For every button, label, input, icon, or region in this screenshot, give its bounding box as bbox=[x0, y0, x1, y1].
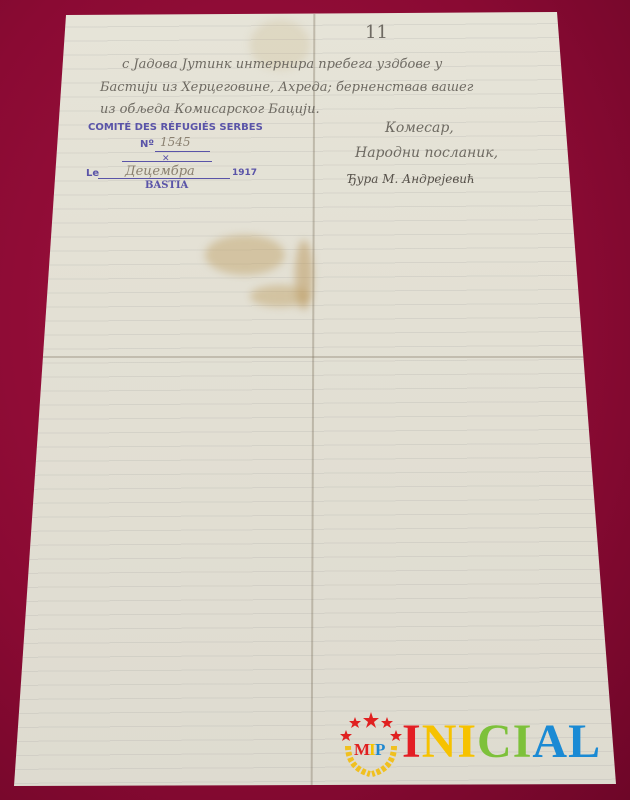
stamp-number-value: 1545 bbox=[160, 135, 191, 149]
stain bbox=[295, 240, 313, 310]
brand-letter: A bbox=[532, 715, 568, 768]
brand-letter: N bbox=[422, 715, 458, 768]
document-paper: 11 с Јадова Јутинк интернира пребега узд… bbox=[0, 0, 630, 800]
signature-name: Народни посланик, bbox=[355, 145, 498, 161]
stamp-year: 1917 bbox=[232, 168, 257, 178]
horizontal-fold bbox=[40, 356, 600, 358]
stamp-org: COMITÉ DES RÉFUGIÉS SERBES bbox=[88, 122, 263, 133]
stamp-number-underline bbox=[155, 151, 210, 152]
stamp-city: BASTIA bbox=[145, 180, 188, 191]
brand-letter: I bbox=[513, 715, 533, 768]
body-line-1: с Јадова Јутинк интернира пребега уздбов… bbox=[122, 57, 442, 72]
brand-letter: L bbox=[568, 715, 601, 768]
inicial-watermark: M I P INICIAL bbox=[340, 710, 610, 780]
brand-letter: I bbox=[457, 715, 477, 768]
stain bbox=[205, 235, 285, 275]
emblem-p: P bbox=[375, 740, 385, 759]
stamp-divider-ornament: ✕ bbox=[162, 154, 170, 164]
stamp-number-label: Nº bbox=[140, 139, 154, 150]
body-line-3: из обљеда Комисарског Бацији. bbox=[100, 102, 320, 117]
signature-sub: Ђура М. Андрејевић bbox=[347, 172, 475, 186]
mip-emblem-icon: M I P bbox=[340, 710, 402, 780]
emblem-m: M bbox=[354, 740, 370, 759]
ruled-lines bbox=[0, 0, 630, 800]
signature-title: Комесар, bbox=[385, 120, 454, 136]
brand-wordmark: INICIAL bbox=[402, 714, 601, 769]
stamp-date: Децембра bbox=[125, 164, 195, 179]
brand-letter: C bbox=[477, 715, 513, 768]
stamp-date-underline bbox=[98, 178, 230, 179]
margin-mark: 11 bbox=[365, 22, 388, 43]
brand-letter: I bbox=[402, 715, 422, 768]
body-line-2: Бастији из Херцеговине, Ахреда; берненст… bbox=[100, 80, 473, 95]
